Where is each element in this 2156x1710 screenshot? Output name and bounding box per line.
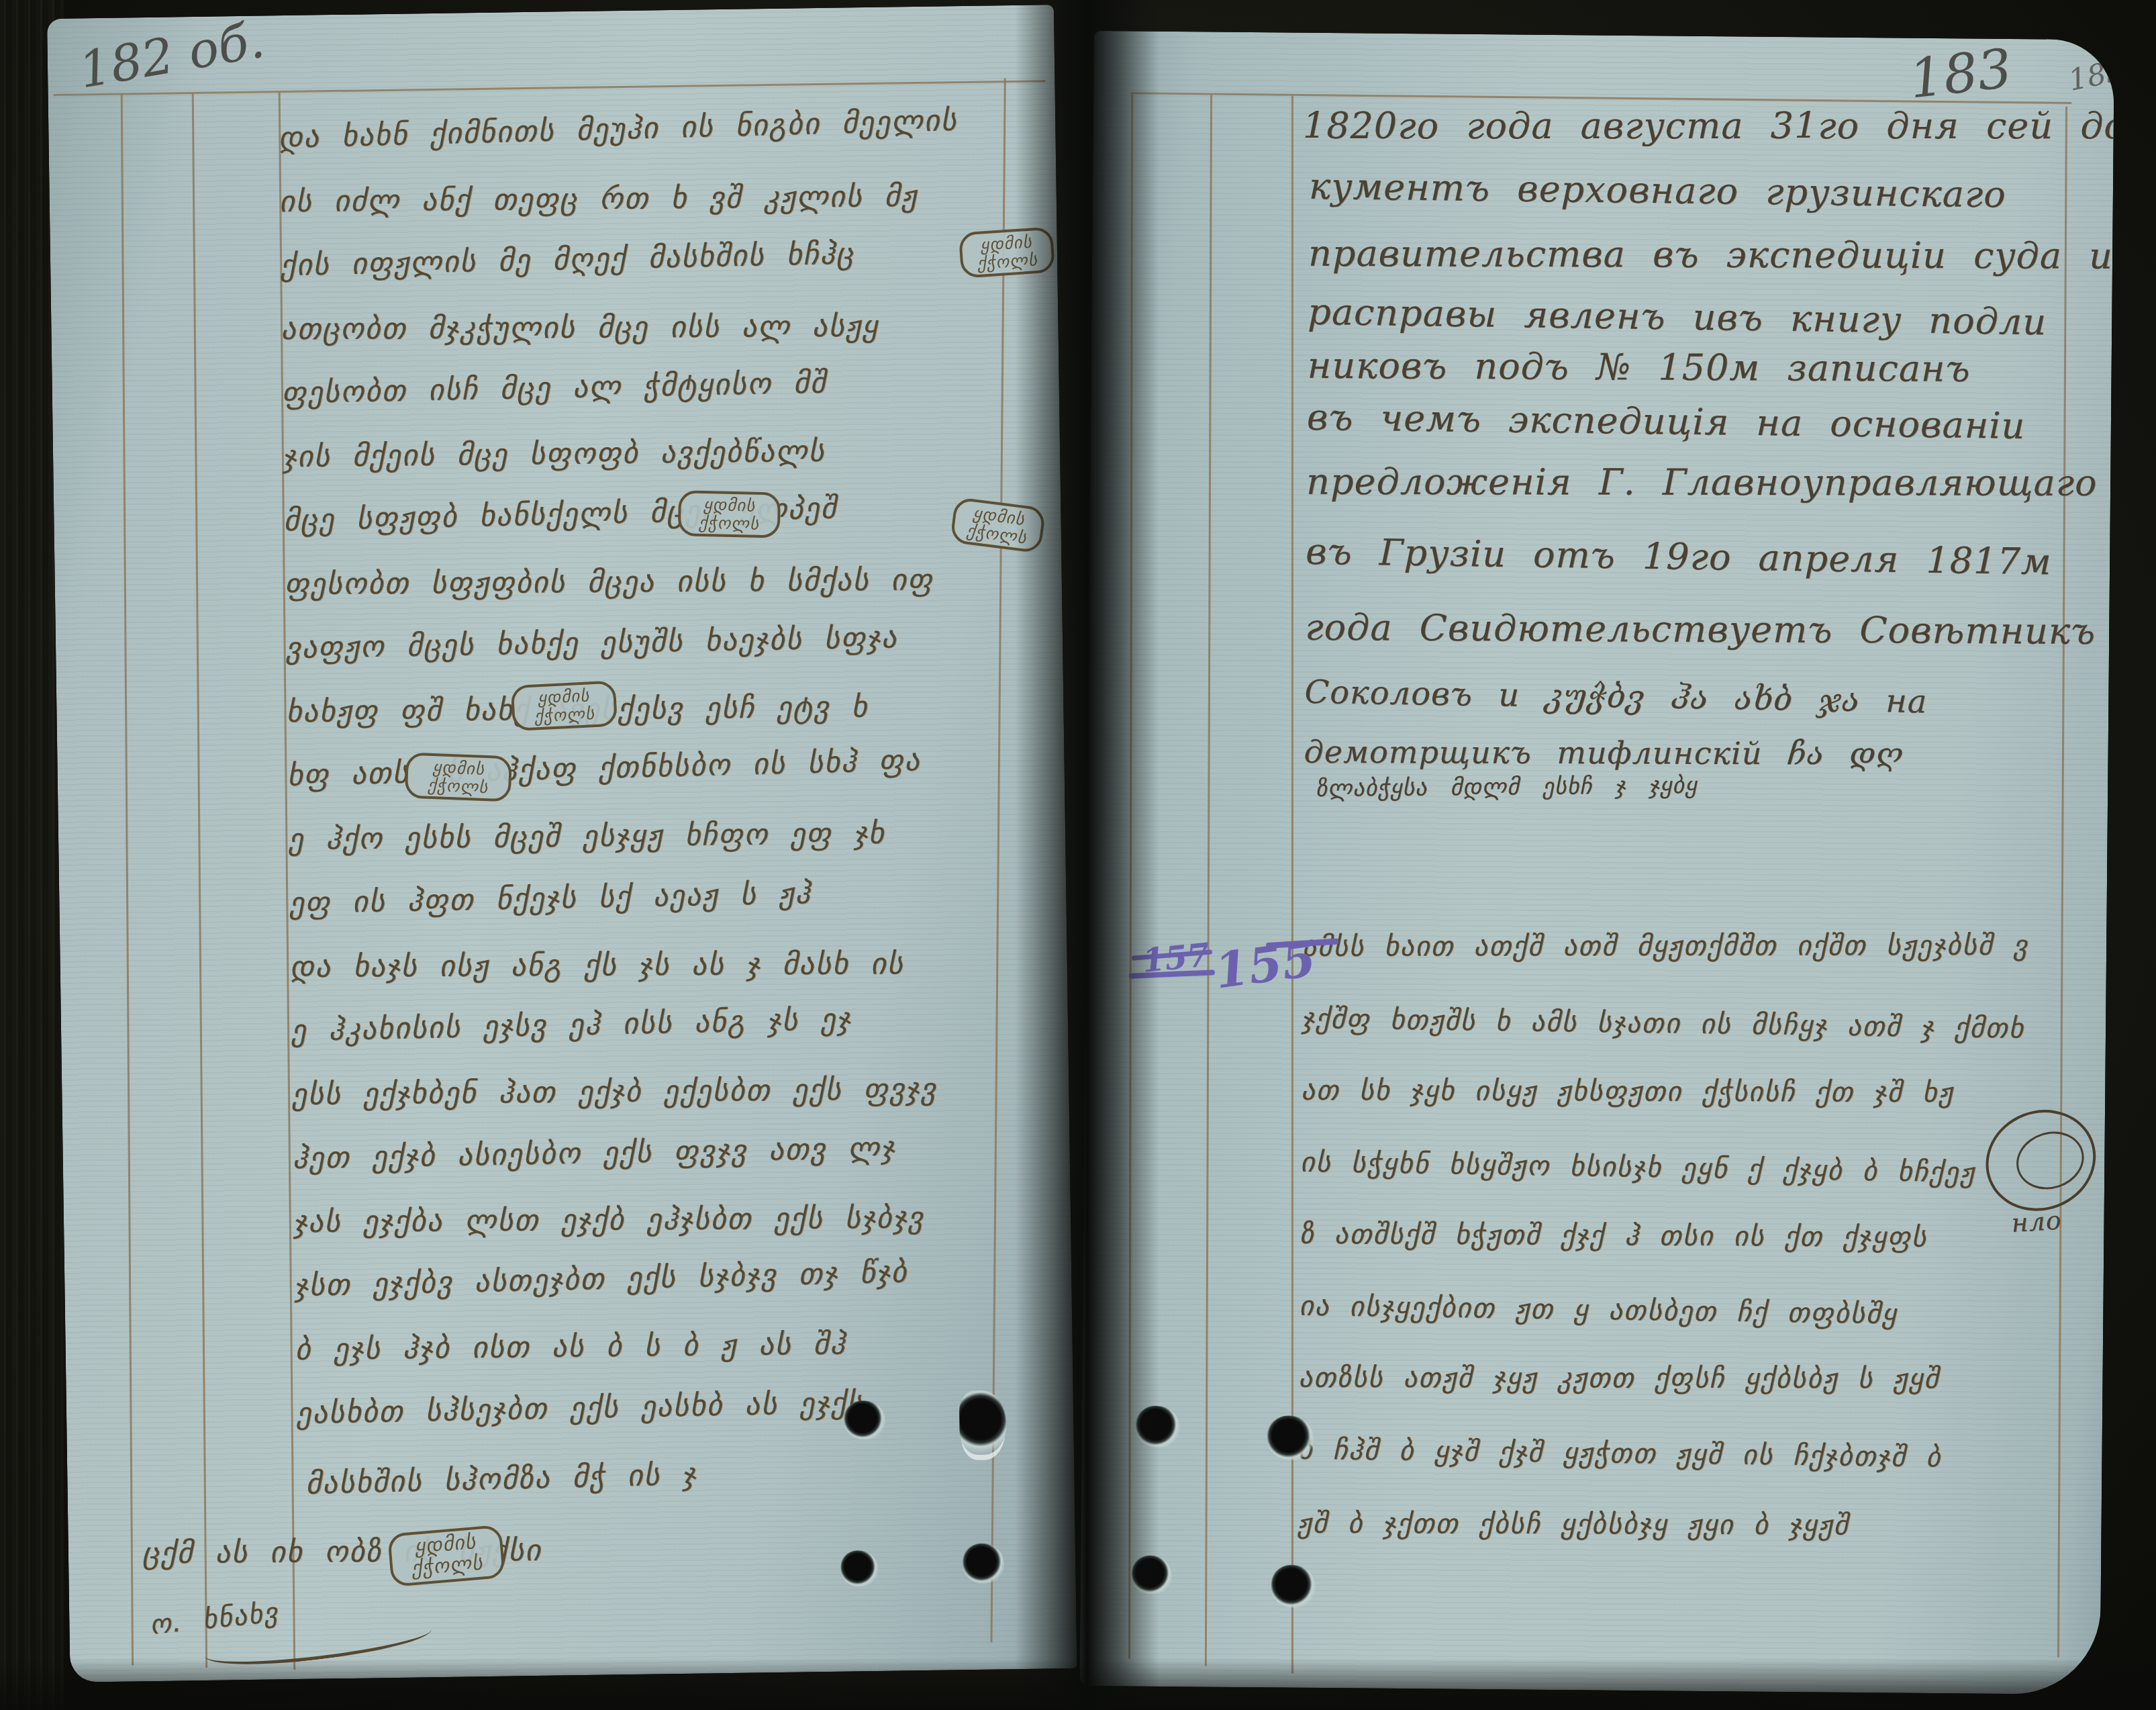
manuscript-line: და ხაჯს ისჟ ანგ ქს ჯს ას ჯ მასხ ის	[290, 947, 904, 984]
entry-150-line: года Свидютельствуетъ Совѣтникъ	[1305, 606, 2096, 653]
entry-155-line: ჯქშფ ხთჟშს ხ ამს სჯათი ის მსჩყჯ ათშ ჯ ქმ…	[1302, 1002, 2025, 1045]
entry-155-line: ათ სხ ჯყხ ისყჟ ჟხსფჟთი ქჭსისჩ ქთ ჯშ ხჟ	[1301, 1074, 1954, 1108]
manuscript-line: ხფ ათს ის აჰქაფ ქთნხსბო ის სხჰ ფა	[287, 743, 921, 793]
entry-150-line: предложенія Г. Главноуправляющаго	[1306, 461, 2098, 504]
left-top-rule-ink	[54, 80, 1046, 96]
seal-stamp: ყდმის ქჭოლს	[511, 681, 618, 732]
signature-flourish: ო. ხნახვ	[148, 1597, 280, 1641]
left-page-number: 182 об.	[75, 11, 268, 99]
manuscript-line: ჰეთ ექჯბ ასიესბო ექს ფვჯვ ათვ ლჯ	[292, 1131, 895, 1176]
entry-150-line: ზლაბჭყსა მდლმ ესხჩ ჯ ჯყბყ	[1316, 772, 1698, 802]
manuscript-line: ეასხბთ სჰსეჯბთ ექს ეასხბ ას ეჯქს	[296, 1386, 865, 1431]
manuscript-line: ვაფჟო მცეს ხახქე ესუშს ხაეჯბს სფჯა	[285, 620, 898, 665]
entry-155-line: ია ისჯყექბით ჟთ ყ ათსბეთ ჩქ თფბსშყ	[1299, 1290, 1898, 1330]
right-margin-rule-1	[1205, 95, 1212, 1666]
entry-150-line: никовъ подъ № 150м записанъ	[1307, 344, 1970, 390]
binding-hole	[1271, 1564, 1316, 1608]
left-page: 182 об. და ხახნ ქიმნითს მეუჰი ის ნიგბი მ…	[47, 5, 1077, 1682]
manuscript-line: მასხშის სჰომზა მჭ ის ჯ	[305, 1458, 697, 1501]
seal-stamp-line: ქჭოლს	[413, 775, 503, 797]
book-gutter-shadow	[1015, 0, 1159, 1710]
seal-stamp-line: ყდმის	[686, 495, 773, 516]
right-right-margin-rule	[2057, 107, 2067, 1658]
manuscript-line: ე ჰკახისის ეჯსვ ეჰ ისს ანგ ჯს ეჯ	[291, 1002, 852, 1048]
manuscript-line: ქის იფჟლის მე მღექ მასხშის ხჩჰც	[280, 236, 855, 283]
entry-150-line: въ Грузіи отъ 19го апреля 1817м	[1306, 530, 2052, 583]
entry-155-line: ათზსს ათჟშ ჯყჟ კჟთთ ქფსჩ ყქბსბჟ ს ჟყშ	[1298, 1362, 1939, 1395]
seal-stamp: ყდმის ქჭოლს	[405, 753, 512, 802]
entry-155-line: ზ ათშსქშ ხჭჟთშ ქჯქ ჰ თსი ის ქთ ქჯყფს	[1300, 1218, 1927, 1253]
manuscript-line: ჯას ეჯქბა ლსთ ეჯქბ ეჰჯსბთ ექს სჯბჯვ	[293, 1200, 924, 1239]
entry-150-line: демотрщикъ тифлинскій ჩა დღ	[1304, 734, 1904, 772]
left-margin-rule-1	[121, 94, 134, 1665]
entry-150-line: кументъ верховнаго грузинскаго	[1309, 165, 2006, 216]
entry-155-line: ის სჭყხნ ხსყშჟო ხსისჯხ ეყნ ქ ქჯყბ ბ ხჩქე…	[1300, 1146, 1975, 1189]
entry-150-line: Соколовъ и კუჭბვ ჰა ახბ ჯა на	[1304, 673, 1928, 721]
right-page-number: 183	[1906, 37, 2015, 111]
left-margin-rule-2	[192, 93, 207, 1668]
binding-hole	[1267, 1415, 1314, 1460]
entry-155-line: ბ ჩჰშ ბ ყჯშ ქჯშ ყჟჭთთ ჟყშ ის ჩქჯბთჯშ ბ	[1297, 1433, 1942, 1474]
right-page-number-edge: 183	[2065, 53, 2114, 98]
manuscript-line: ათცობთ მჯკჭულის მცე ისს ალ ასჟყ	[281, 310, 879, 347]
entry-150-line: расправы явленъ ивъ книгу подли	[1308, 291, 2047, 343]
entry-155-line: ჟშ ბ ჯქთთ ქბსჩ ყქბსბჯყ ჟყი ბ ჯყჟშ	[1297, 1507, 1850, 1541]
manuscript-line: ჯსთ ეჯქბვ ასთეჯბთ ექს სჯბჯვ თჯ წჯბ	[294, 1255, 908, 1303]
seal-stamp-line: ქჭოლს	[686, 514, 773, 534]
seal-stamp: ყდმის ქჭოლს	[678, 490, 781, 538]
left-top-rule	[47, 5, 1039, 22]
binding-hole	[840, 1550, 879, 1587]
entry-150-line: правительства въ экспедиціи суда и	[1308, 232, 2113, 277]
manuscript-line: ბ ეჯს ჰჯბ ისთ ას ბ ს ბ ჟ ას შჰ	[295, 1327, 846, 1367]
binding-hole	[844, 1400, 886, 1440]
paper-tear	[959, 1390, 1007, 1455]
manuscript-line: ფესობთ სფჟფბის მცეა ისს ხ სმქას იფ	[285, 563, 934, 602]
entry-150-line: въ чемъ экспедиція на основаніи	[1307, 396, 2026, 447]
manuscript-line: ე ჰქო ესხს მცეშ ესჯყჟ ხჩფო ეფ ჯხ	[288, 816, 885, 857]
manuscript-line: და ხახნ ქიმნითს მეუჰი ის ნიგბი მეელის	[278, 103, 958, 155]
entry-150-line: 1820го года августа 31го дня сей до	[1303, 105, 2114, 147]
entry-155-line: ამსს ხაით ათქშ ათშ მყჟთქმშთ იქშთ სჟეჯბსშ…	[1302, 929, 2028, 963]
manuscript-line: ჯის მქეის მცე სფოფბ ავქებწალს	[283, 434, 826, 474]
seal-stamp-line: ქჭოლს	[520, 704, 609, 726]
binding-hole	[963, 1543, 1005, 1584]
manuscript-line: ეფ ის ჰფთ ნქეჯს სქ აეაჟ ს ჟჰ	[289, 876, 812, 920]
manuscript-line: ესს ექჯხბენ ჰათ ექჯბ ექესბთ ექს ფვჯვ	[291, 1072, 937, 1112]
right-page: 183 183 1820го года августа 31го дня сей…	[1079, 31, 2114, 1695]
book-scan: 182 об. და ხახნ ქიმნითს მეუჰი ის ნიგბი მ…	[0, 0, 2156, 1710]
seal-stamp: ყდმის ქჭოლს	[387, 1525, 505, 1587]
manuscript-line: ფესობთ ისჩ მცე ალ ჭმტყისო მშ	[281, 366, 827, 411]
manuscript-line: ის იძლ ანქ თეფც რთ ხ ვშ კჟლის მჟ	[279, 179, 918, 219]
